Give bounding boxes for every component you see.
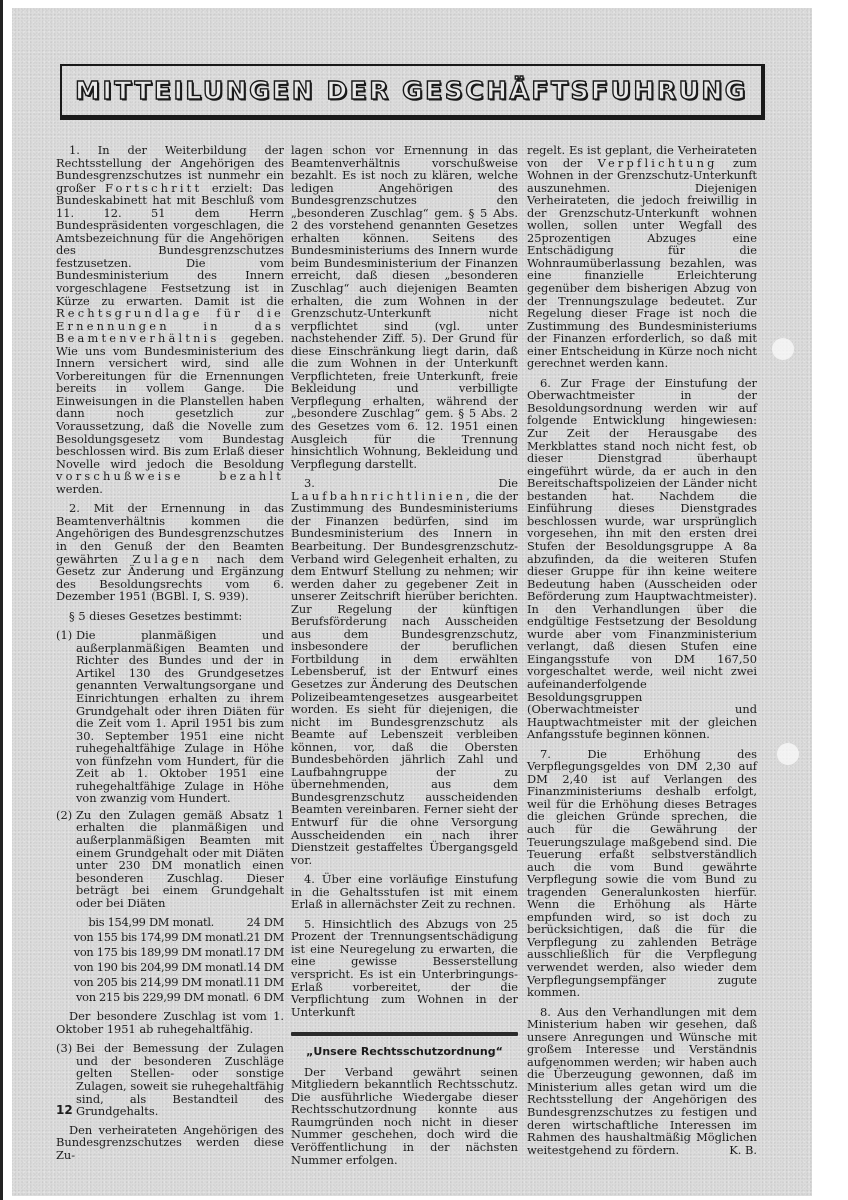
rate-row: von 155 bis 174,99 DM monatl.21 DM: [76, 930, 284, 945]
paragraph-8-verhandlungen: 8. Aus den Verhandlungen mit dem Ministe…: [527, 1006, 757, 1157]
paragraph-3: § 5 dieses Gesetzes bestimmt:: [56, 610, 284, 623]
rate-table: bis 154,99 DM monatl.24 DM von 155 bis 1…: [76, 915, 284, 1005]
paragraph-4: Den verheirateten Angehörigen des Bundes…: [56, 1124, 284, 1162]
column-2: lagen schon vor Ernennung in das Beamten…: [291, 144, 518, 1173]
punch-hole: [777, 743, 799, 765]
page-title: MITTEILUNGEN DER GESCHÄFTSFUHRUNG: [75, 76, 748, 105]
rate-row: von 205 bis 214,99 DM monatl.11 DM: [76, 975, 284, 990]
paragraph-1: 1. In der Weiterbildung der Rechtsstellu…: [56, 144, 284, 495]
column-3: regelt. Es ist geplant, die Verheiratete…: [527, 144, 757, 1163]
column-1: 1. In der Weiterbildung der Rechtsstellu…: [56, 144, 284, 1168]
paragraph-3-laufbahn: 3. Die Laufbahnrichtlinien, die der Zust…: [291, 477, 518, 866]
rate-row: bis 154,99 DM monatl.24 DM: [76, 915, 284, 930]
rates-note: Der besondere Zuschlag ist vom 1. Oktobe…: [56, 1010, 284, 1035]
paragraph-continued: lagen schon vor Ernennung in das Beamten…: [291, 144, 518, 470]
notice-text: Der Verband gewährt seinen Mitgliedern b…: [291, 1066, 518, 1166]
clause-text: Zu den Zulagen gemäß Absatz 1 erhalten d…: [76, 809, 284, 909]
rate-row: von 175 bis 189,99 DM monatl.17 DM: [76, 945, 284, 960]
author-signature: K. B.: [716, 1144, 757, 1157]
law-clause: (1) Die planmäßigen und außerplanmäßigen…: [56, 629, 284, 805]
notice-title: „Unsere Rechtsschutzordnung“: [291, 1046, 518, 1059]
law-clauses: (1) Die planmäßigen und außerplanmäßigen…: [56, 629, 284, 909]
header-box: MITTEILUNGEN DER GESCHÄFTSFUHRUNG: [60, 64, 765, 120]
rate-row: von 190 bis 204,99 DM monatl.14 DM: [76, 960, 284, 975]
paragraph-7-verpflegungsgeld: 7. Die Erhöhung des Verpflegungsgeldes v…: [527, 748, 757, 999]
clause-text: Bei der Bemessung der Zulagen und der be…: [76, 1042, 284, 1117]
paragraph-2: 2. Mit der Ernennung in das Beamtenverhä…: [56, 502, 284, 602]
clause-text: Die planmäßigen und außerplanmäßigen Bea…: [76, 629, 284, 805]
clause-label: (1): [56, 629, 76, 805]
scan-edge: [0, 0, 3, 1200]
paragraph-6-oberwachtmeister: 6. Zur Frage der Einstufung der Oberwach…: [527, 377, 757, 741]
paragraph-continued: regelt. Es ist geplant, die Verheiratete…: [527, 144, 757, 370]
law-clause: (3) Bei der Bemessung der Zulagen und de…: [56, 1042, 284, 1117]
law-clause: (2) Zu den Zulagen gemäß Absatz 1 erhalt…: [56, 809, 284, 909]
punch-hole: [772, 338, 794, 360]
page-number: 12: [56, 1103, 73, 1117]
paragraph-5-trennung: 5. Hinsichtlich des Abzugs von 25 Prozen…: [291, 918, 518, 1018]
clause-label: (2): [56, 809, 76, 909]
section-divider: [291, 1032, 518, 1036]
rate-row: von 215 bis 229,99 DM monatl.6 DM: [76, 990, 284, 1005]
paragraph-4-einstufung: 4. Über eine vorläufige Einstufung in di…: [291, 873, 518, 911]
